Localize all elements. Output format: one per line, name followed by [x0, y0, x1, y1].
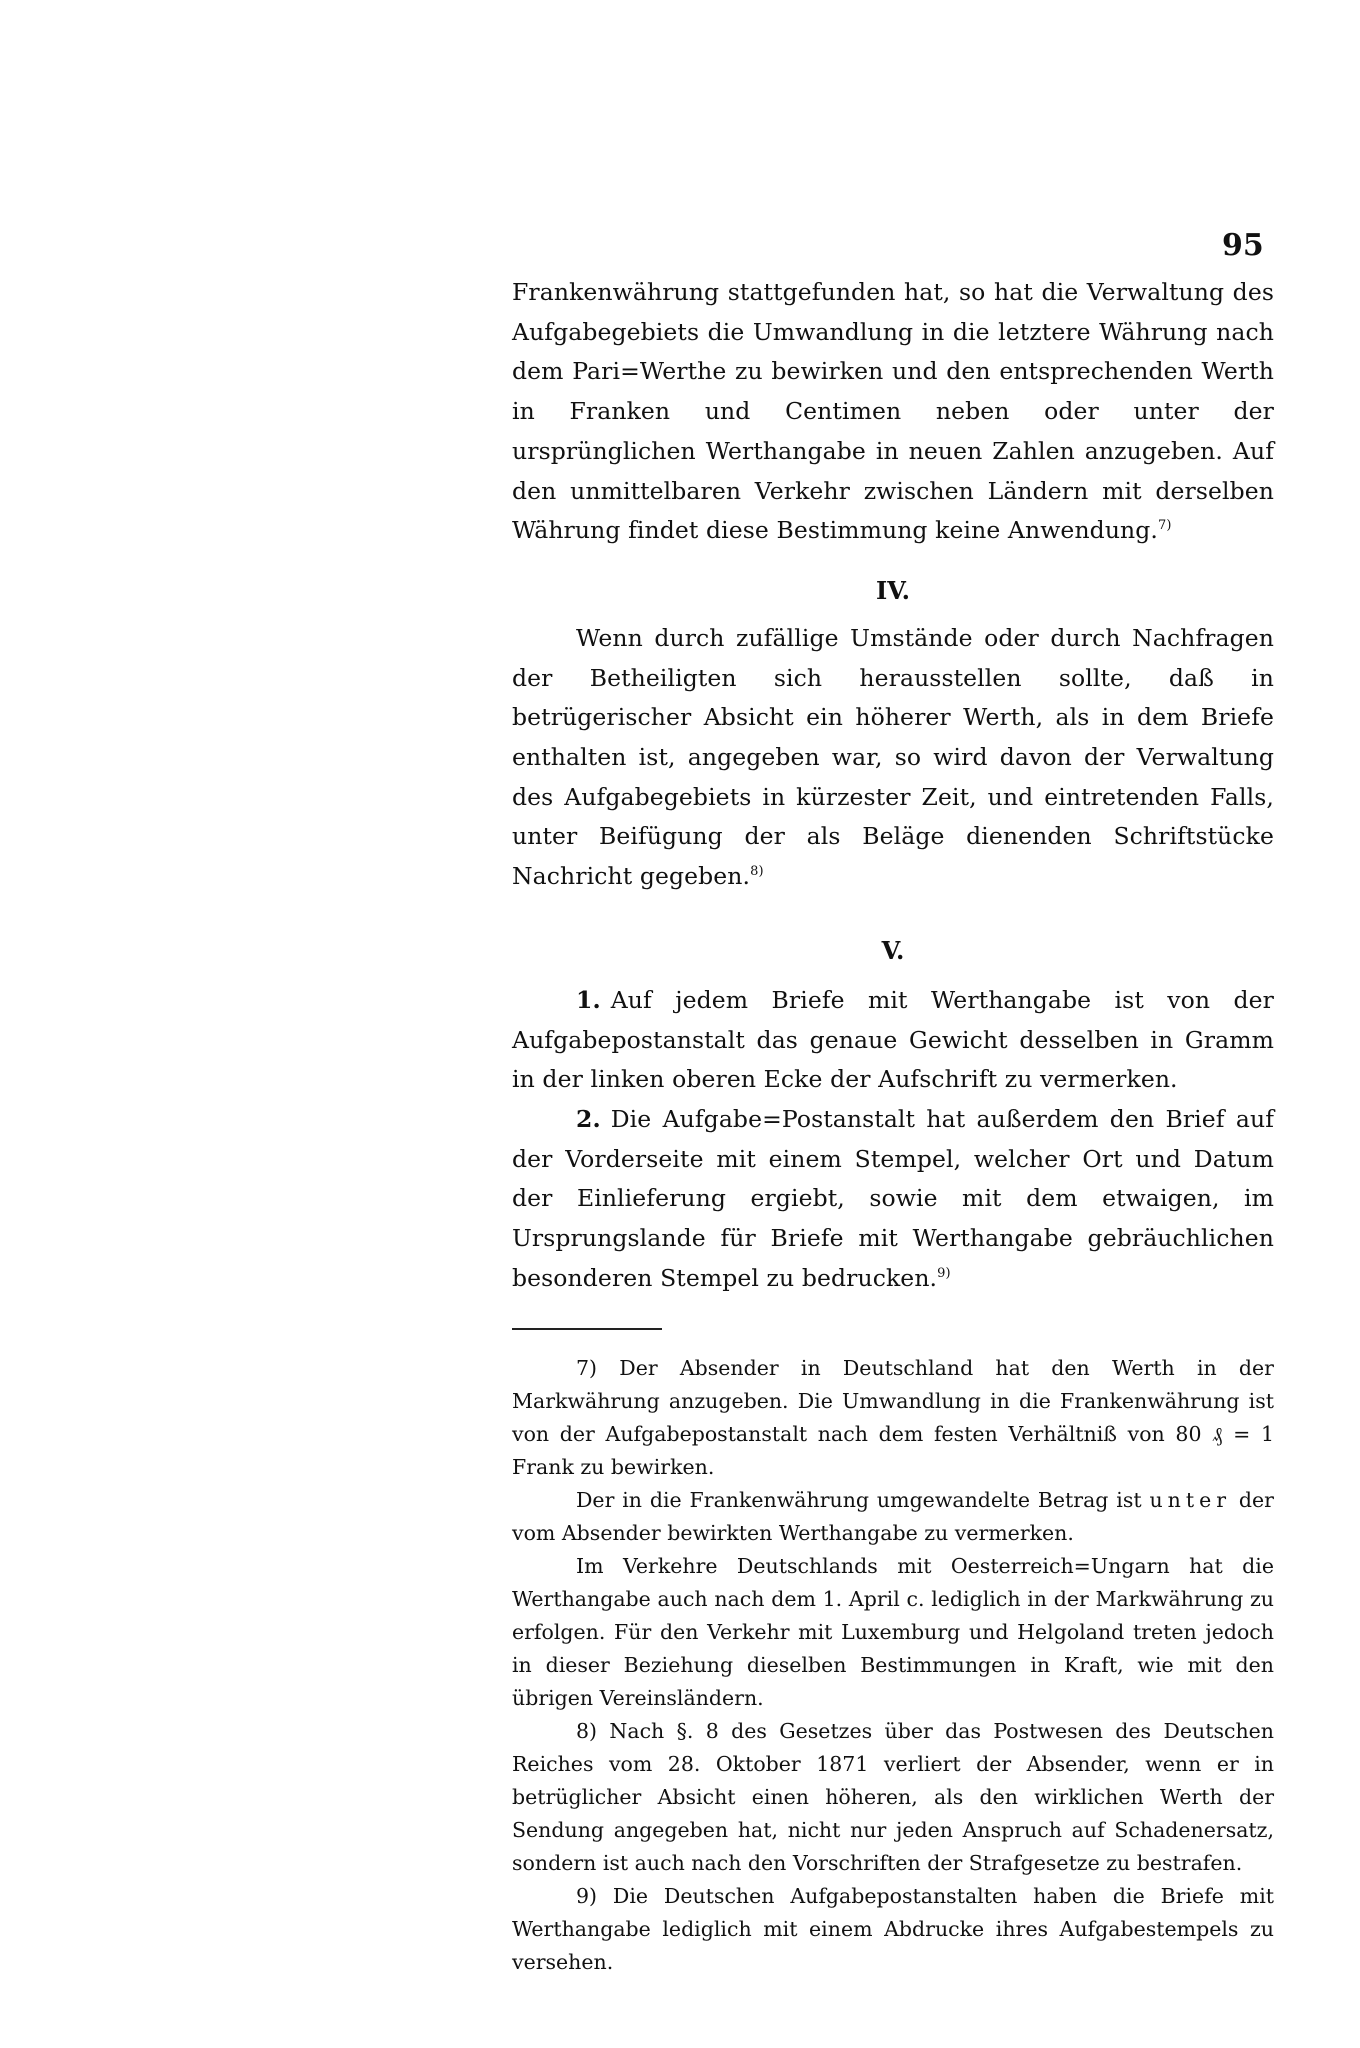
- section-heading-iv: IV.: [512, 571, 1274, 611]
- page-number: 95: [1222, 228, 1264, 263]
- continued-paragraph-text: Frankenwährung stattgefunden hat, so hat…: [512, 278, 1274, 544]
- footnote-ref-9[interactable]: 9): [937, 1266, 951, 1281]
- book-page: 95 Frankenwährung stattgefunden hat, so …: [0, 0, 1360, 2048]
- section-iv-text: Wenn durch zufällige Umstände oder durch…: [512, 624, 1274, 890]
- footnote-9: 9) Die Deutschen Aufgabepostanstalten ha…: [512, 1880, 1274, 1979]
- footnote-8: 8) Nach §. 8 des Gesetzes über das Postw…: [512, 1715, 1274, 1880]
- item-text: Die Aufgabe=Postanstalt hat außerdem den…: [512, 1105, 1274, 1292]
- section-v-item-1: 1.Auf jedem Briefe mit Werthangabe ist v…: [512, 981, 1274, 1100]
- continued-paragraph: Frankenwährung stattgefunden hat, so hat…: [512, 273, 1274, 551]
- footnote-7-paragraph-2: Der in die Frankenwährung umgewandelte B…: [512, 1484, 1274, 1550]
- emphasized-word: unter: [1149, 1488, 1231, 1512]
- section-heading-v: V.: [512, 931, 1274, 971]
- section-iv-paragraph: Wenn durch zufällige Umstände oder durch…: [512, 619, 1274, 897]
- section-v-item-2: 2.Die Aufgabe=Postanstalt hat außerdem d…: [512, 1100, 1274, 1299]
- footnote-ref-8[interactable]: 8): [750, 864, 764, 879]
- item-text: Auf jedem Briefe mit Werthangabe ist von…: [512, 986, 1274, 1093]
- footnote-ref-7[interactable]: 7): [1158, 518, 1172, 533]
- footnote-divider: [512, 1328, 662, 1330]
- item-number: 2.: [576, 1105, 601, 1133]
- main-text: Frankenwährung stattgefunden hat, so hat…: [512, 273, 1274, 1298]
- footnote-7: 7) Der Absender in Deutschland hat den W…: [512, 1352, 1274, 1484]
- footnote-text: Der in die Frankenwährung umgewandelte B…: [576, 1488, 1149, 1512]
- footnote-7-paragraph-3: Im Verkehre Deutschlands mit Oesterreich…: [512, 1550, 1274, 1715]
- footnotes: 7) Der Absender in Deutschland hat den W…: [512, 1352, 1274, 1979]
- item-number: 1.: [576, 986, 601, 1014]
- text-column: Frankenwährung stattgefunden hat, so hat…: [512, 273, 1274, 1979]
